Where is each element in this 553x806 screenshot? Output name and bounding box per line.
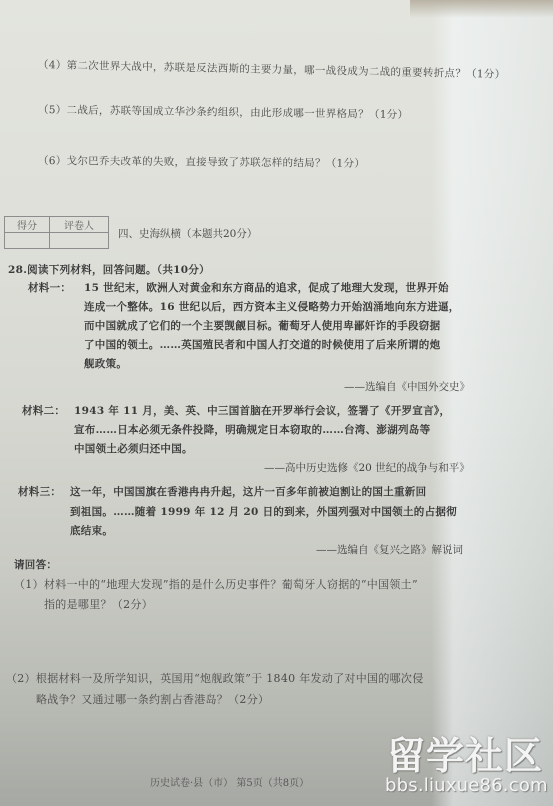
material-1-source: ——选编自《中国外交史》: [344, 379, 470, 394]
score-box: 得分 评卷人: [4, 216, 109, 249]
grader-header: 评卷人: [50, 217, 109, 233]
sub-question-1-line: （1）材料一中的“地理大发现”指的是什么历史事件？葡萄牙人窃据的“中国领土”: [14, 576, 418, 592]
question-6: （6）戈尔巴乔夫改革的失败，直接导致了苏联怎样的结局？（1分）: [38, 153, 365, 171]
sub-question-1-line: 指的是哪里？（2分）: [44, 596, 153, 612]
material-2-label: 材料二：: [22, 403, 65, 418]
material-1-line: 了中国的领土。……英国殖民者和中国人打交道的时候使用了后来所谓的炮: [84, 337, 440, 352]
material-2-line: 中国领土必须归还中国。: [74, 441, 193, 456]
material-1-line: 15 世纪末，欧洲人对黄金和东方商品的追求，促成了地理大发现，世界开始: [84, 280, 449, 295]
watermark-url: bbs.liuxue86.com: [385, 776, 545, 796]
exam-page: （4）第二次世界大战中，苏联是反法西斯的主要力量，哪一战役成为二战的重要转折点？…: [0, 0, 553, 806]
sub-question-2-line: 略战争？又通过哪一条约割占香港岛？（2分）: [36, 691, 269, 707]
material-2-line: 宣布……日本必须无条件投降，明确规定日本窃取的……台湾、澎湖列岛等: [74, 422, 430, 437]
question-5: （5）二战后，苏联等国成立华沙条约组织，由此形成哪一世界格局？（1分）: [38, 102, 409, 122]
sub-question-2-line: （2）根据材料一及所学知识，英国用“炮舰政策”于 1840 年发动了对中国的哪次…: [6, 670, 424, 686]
answer-prompt: 请回答：: [14, 557, 57, 572]
watermark-logo: 留学社区 bbs.liuxue86.com: [385, 736, 545, 796]
watermark-title: 留学社区: [385, 736, 545, 776]
score-header: 得分: [5, 217, 50, 233]
material-3-label: 材料三：: [18, 484, 61, 499]
material-1-label: 材料一：: [28, 280, 71, 295]
page-footer: 历史试卷·县（市） 第5页（共8页）: [150, 774, 309, 789]
material-2-line: 1943 年 11 月，美、英、中三国首脑在开罗举行会议，签署了《开罗宣言》，: [74, 403, 450, 418]
material-2-source: ——高中历史选修《20 世纪的战争与和平》: [264, 460, 470, 475]
page-fold-shadow: [410, 0, 553, 18]
material-1-line: 舰政策。: [84, 356, 127, 371]
material-3-line: 底结束。: [70, 523, 113, 538]
material-3-source: ——选编自《复兴之路》解说词: [316, 542, 463, 557]
material-1-line: 连成一个整体。16 世纪以后，西方资本主义侵略势力开始汹涌地向东方进逼，: [84, 299, 460, 314]
question-28-stem: 28.阅读下列材料，回答问题。（共10分）: [8, 262, 210, 277]
score-cell[interactable]: [5, 233, 50, 249]
material-3-line: 这一年，中国国旗在香港冉冉升起，这片一百多年前被迫割让的国土重新回: [70, 484, 426, 499]
material-1-line: 而中国就成了它们的一个主要觊觎目标。葡萄牙人使用卑鄙奸诈的手段窃据: [84, 318, 440, 333]
grader-cell[interactable]: [50, 233, 109, 249]
question-4: （4）第二次世界大战中，苏联是反法西斯的主要力量，哪一战役成为二战的重要转折点？…: [38, 57, 506, 82]
section-title: 四、史海纵横（本题共20分）: [118, 226, 257, 241]
material-3-line: 到祖国。……随着 1999 年 12 月 20 日的到来，外国列强对中国领土的占…: [70, 504, 457, 519]
